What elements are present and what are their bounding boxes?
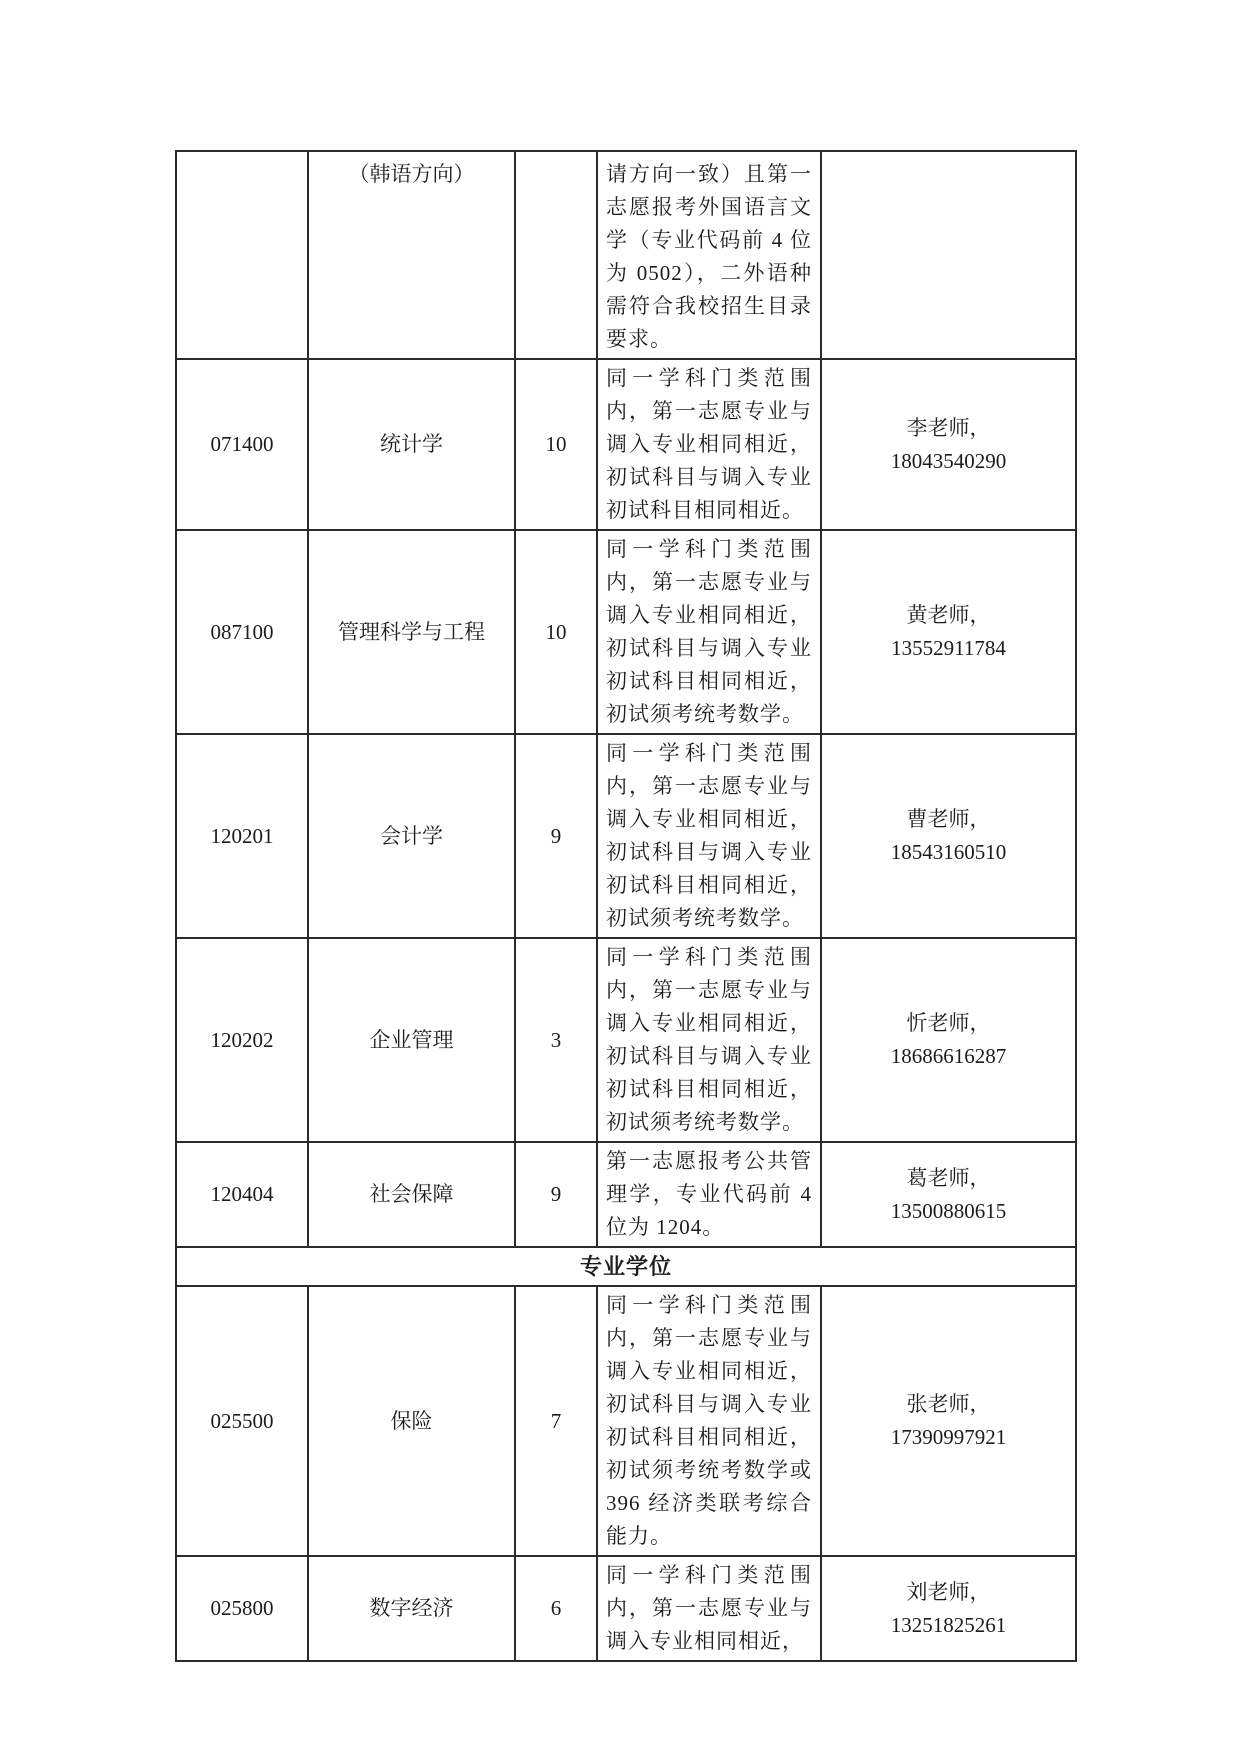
code-cell: 120201 <box>176 734 308 938</box>
admission-adjustment-table: （韩语方向） 请方向一致）且第一志愿报考外国语言文学（专业代码前 4 位为 05… <box>175 150 1077 1662</box>
requirement-cell: 同一学科门类范围内，第一志愿专业与调入专业相同相近，初试科目与调入专业初试科目相… <box>597 530 821 734</box>
requirement-cell: 请方向一致）且第一志愿报考外国语言文学（专业代码前 4 位为 0502），二外语… <box>597 151 821 359</box>
requirement-cell: 同一学科门类范围内，第一志愿专业与调入专业相同相近，初试科目与调入专业初试科目相… <box>597 359 821 530</box>
section-header: 专业学位 <box>176 1247 1076 1286</box>
contact-cell: 李老师， 18043540290 <box>821 359 1076 530</box>
code-cell: 071400 <box>176 359 308 530</box>
contact-name: 刘老师， <box>826 1576 1071 1609</box>
code-cell: 087100 <box>176 530 308 734</box>
contact-phone: 18686616287 <box>826 1040 1071 1073</box>
quota-cell: 10 <box>515 530 597 734</box>
major-cell: 统计学 <box>308 359 515 530</box>
code-cell <box>176 151 308 359</box>
contact-phone: 17390997921 <box>826 1421 1071 1454</box>
table-row: 120404 社会保障 9 第一志愿报考公共管理学，专业代码前 4 位为 120… <box>176 1142 1076 1247</box>
requirement-cell: 同一学科门类范围内，第一志愿专业与调入专业相同相近，初试科目与调入专业初试科目相… <box>597 938 821 1142</box>
contact-name: 张老师， <box>826 1388 1071 1421</box>
contact-name: 忻老师， <box>826 1007 1071 1040</box>
quota-cell: 9 <box>515 734 597 938</box>
major-cell: 管理科学与工程 <box>308 530 515 734</box>
document-page: （韩语方向） 请方向一致）且第一志愿报考外国语言文学（专业代码前 4 位为 05… <box>0 0 1240 1753</box>
major-cell: 保险 <box>308 1286 515 1556</box>
quota-cell: 3 <box>515 938 597 1142</box>
quota-cell: 6 <box>515 1556 597 1661</box>
code-cell: 025800 <box>176 1556 308 1661</box>
table-row: 071400 统计学 10 同一学科门类范围内，第一志愿专业与调入专业相同相近，… <box>176 359 1076 530</box>
contact-cell: 刘老师， 13251825261 <box>821 1556 1076 1661</box>
contact-cell: 曹老师， 18543160510 <box>821 734 1076 938</box>
major-cell: 社会保障 <box>308 1142 515 1247</box>
contact-name: 黄老师， <box>826 599 1071 632</box>
requirement-cell: 同一学科门类范围内，第一志愿专业与调入专业相同相近，初试科目与调入专业初试科目相… <box>597 734 821 938</box>
code-cell: 120404 <box>176 1142 308 1247</box>
quota-cell: 10 <box>515 359 597 530</box>
section-header-row: 专业学位 <box>176 1247 1076 1286</box>
table-row: 087100 管理科学与工程 10 同一学科门类范围内，第一志愿专业与调入专业相… <box>176 530 1076 734</box>
quota-cell <box>515 151 597 359</box>
contact-name: 曹老师， <box>826 803 1071 836</box>
code-cell: 025500 <box>176 1286 308 1556</box>
table-row: 120202 企业管理 3 同一学科门类范围内，第一志愿专业与调入专业相同相近，… <box>176 938 1076 1142</box>
major-cell: 数字经济 <box>308 1556 515 1661</box>
requirement-cell: 同一学科门类范围内，第一志愿专业与调入专业相同相近， <box>597 1556 821 1661</box>
contact-cell: 张老师， 17390997921 <box>821 1286 1076 1556</box>
contact-name: 李老师， <box>826 412 1071 445</box>
major-cell: 企业管理 <box>308 938 515 1142</box>
table-row: 120201 会计学 9 同一学科门类范围内，第一志愿专业与调入专业相同相近，初… <box>176 734 1076 938</box>
code-cell: 120202 <box>176 938 308 1142</box>
contact-phone: 13552911784 <box>826 632 1071 665</box>
quota-cell: 9 <box>515 1142 597 1247</box>
contact-cell: 黄老师， 13552911784 <box>821 530 1076 734</box>
contact-cell <box>821 151 1076 359</box>
major-cell: （韩语方向） <box>308 151 515 359</box>
table-row: （韩语方向） 请方向一致）且第一志愿报考外国语言文学（专业代码前 4 位为 05… <box>176 151 1076 359</box>
table-row: 025800 数字经济 6 同一学科门类范围内，第一志愿专业与调入专业相同相近，… <box>176 1556 1076 1661</box>
table-row: 025500 保险 7 同一学科门类范围内，第一志愿专业与调入专业相同相近，初试… <box>176 1286 1076 1556</box>
quota-cell: 7 <box>515 1286 597 1556</box>
requirement-cell: 第一志愿报考公共管理学，专业代码前 4 位为 1204。 <box>597 1142 821 1247</box>
contact-name: 葛老师， <box>826 1162 1071 1195</box>
requirement-cell: 同一学科门类范围内，第一志愿专业与调入专业相同相近，初试科目与调入专业初试科目相… <box>597 1286 821 1556</box>
contact-phone: 18043540290 <box>826 445 1071 478</box>
contact-cell: 忻老师， 18686616287 <box>821 938 1076 1142</box>
major-cell: 会计学 <box>308 734 515 938</box>
contact-phone: 18543160510 <box>826 836 1071 869</box>
contact-phone: 13251825261 <box>826 1609 1071 1642</box>
contact-phone: 13500880615 <box>826 1195 1071 1228</box>
contact-cell: 葛老师， 13500880615 <box>821 1142 1076 1247</box>
